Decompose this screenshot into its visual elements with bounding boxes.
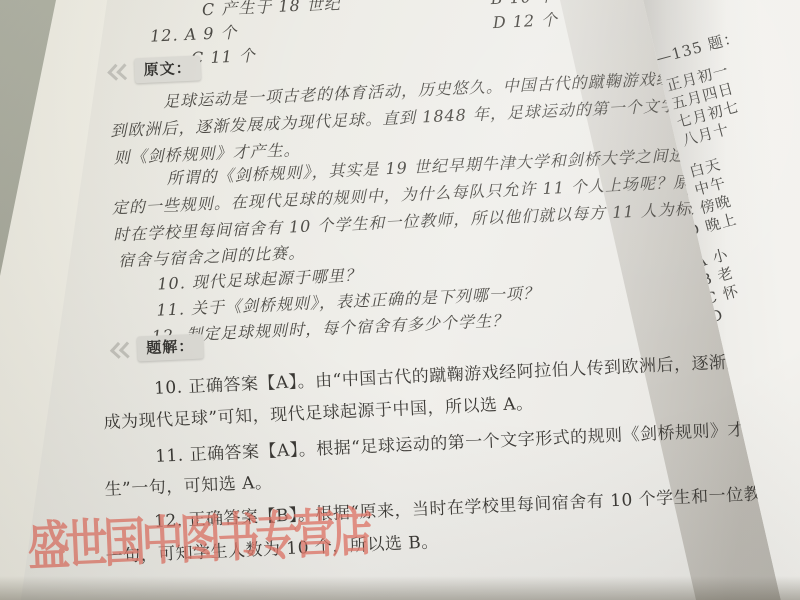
answer-option: 12. A 9 个 — [150, 20, 238, 47]
section-label: 题解： — [137, 334, 204, 362]
chevron-left-icon — [112, 343, 131, 356]
bookstore-watermark: 盛世国中图书专营店 — [26, 491, 371, 581]
section-header-original: 原文： — [109, 55, 201, 84]
section-label: 原文： — [134, 55, 201, 83]
book-photo: 第 91—135 题： 91. A 正月初一 B 五月四日 C 七月初七 D 八… — [0, 0, 800, 600]
section-header-analysis: 题解： — [112, 334, 204, 363]
analysis-line: 生”一句，可知选 A。 — [104, 468, 273, 501]
chevron-left-icon — [109, 65, 128, 78]
analysis-line: 10. 正确答案【A】。由“中国古代的蹴鞠游戏经阿拉伯人传到欧洲后，逐渐发展 — [153, 346, 761, 399]
answer-option: D 12 个 — [492, 7, 558, 33]
answer-option: C 产生于 18 世纪 — [201, 0, 341, 20]
